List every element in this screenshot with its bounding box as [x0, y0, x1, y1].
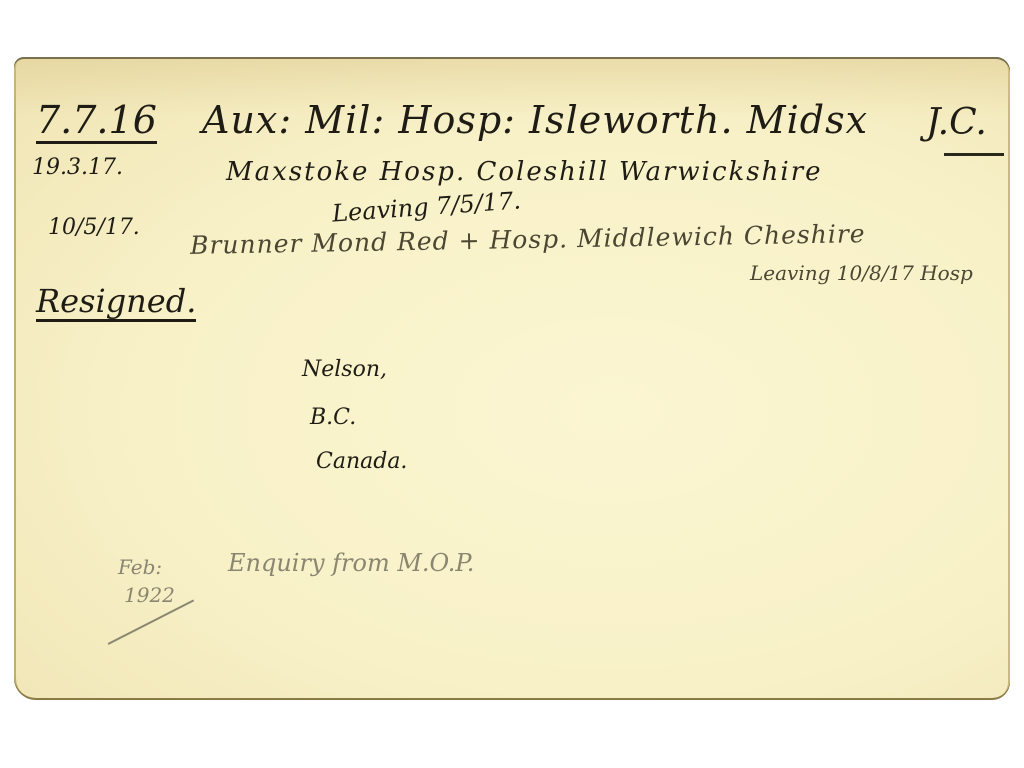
- entry-1-date: 7.7.16: [36, 101, 157, 144]
- initials-underline: [944, 153, 1004, 156]
- entry-3-leaving-note: Leaving 7/5/17.: [331, 188, 521, 225]
- entry-4-date: 10/5/17.: [48, 217, 140, 239]
- entry-2-date: 19.3.17.: [32, 157, 123, 179]
- pencil-note-month: Feb:: [118, 557, 162, 577]
- address-line-1: Nelson,: [302, 359, 387, 381]
- status-resigned: Resigned.: [36, 285, 196, 322]
- address-line-3: Canada.: [316, 451, 407, 473]
- entry-1-initials: J.C.: [926, 105, 987, 141]
- entry-2-text: Maxstoke Hosp. Coleshill Warwickshire: [226, 159, 823, 185]
- entry-4-text: Brunner Mond Red + Hosp. Middlewich Ches…: [190, 221, 866, 258]
- entry-1-text: Aux: Mil: Hosp: Isleworth. Midsx: [202, 101, 868, 139]
- pencil-note-year: 1922: [124, 585, 175, 605]
- entry-5-leaving-note: Leaving 10/8/17 Hosp: [750, 263, 973, 283]
- record-card: 7.7.16 Aux: Mil: Hosp: Isleworth. Midsx …: [14, 57, 1010, 700]
- pencil-note-text: Enquiry from M.O.P.: [228, 551, 474, 575]
- address-line-2: B.C.: [310, 407, 356, 429]
